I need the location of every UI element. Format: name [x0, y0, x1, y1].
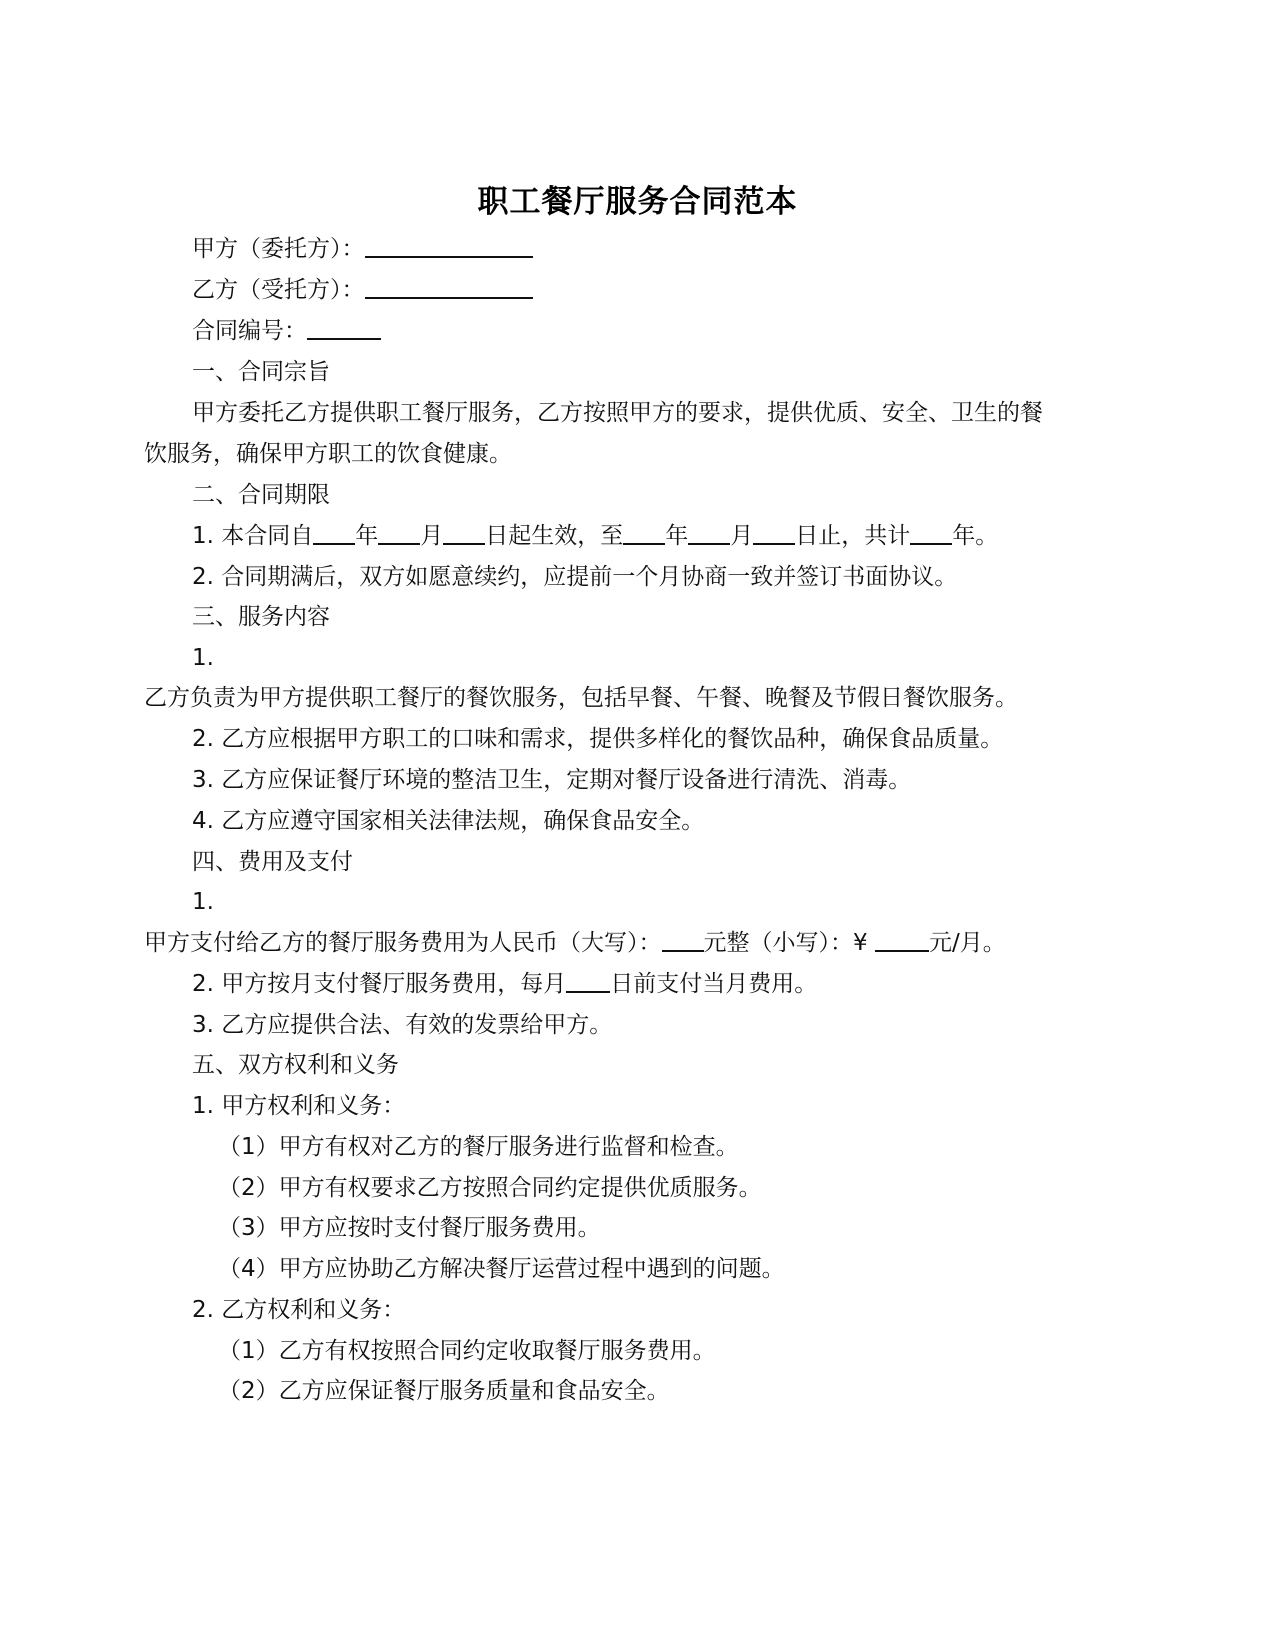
start-year-blank[interactable]	[313, 521, 355, 545]
contract-no-line: 合同编号：	[192, 316, 381, 346]
party-a-rights-heading: 1. 甲方权利和义务：	[192, 1091, 405, 1121]
section-1-heading: 一、合同宗旨	[192, 357, 330, 387]
end-day-blank[interactable]	[753, 521, 795, 545]
section-5-heading: 五、双方权利和义务	[192, 1050, 399, 1080]
start-month-blank[interactable]	[378, 521, 420, 545]
party-b-label: 乙方（受托方）：	[192, 277, 365, 303]
total-years-blank[interactable]	[910, 521, 952, 545]
term-start-text: 1. 本合同自	[192, 523, 313, 549]
party-a-rights-item: （2）甲方有权要求乙方按照合同约定提供优质服务。	[218, 1173, 762, 1203]
party-a-label: 甲方（委托方）：	[192, 236, 365, 262]
party-b-rights-item: （2）乙方应保证餐厅服务质量和食品安全。	[218, 1376, 670, 1406]
section-3-item-1-text: 乙方负责为甲方提供职工餐厅的餐饮服务，包括早餐、午餐、晚餐及节假日餐饮服务。	[144, 683, 1018, 713]
document-title: 职工餐厅服务合同范本	[0, 176, 1275, 221]
section-3-heading: 三、服务内容	[192, 602, 330, 632]
year-label: 年	[665, 523, 688, 549]
party-a-rights-item: （1）甲方有权对乙方的餐厅服务进行监督和检查。	[218, 1132, 739, 1162]
document-page: 职工餐厅服务合同范本 甲方（委托方）： 乙方（受托方）： 合同编号： 一、合同宗…	[0, 0, 1275, 1650]
section-2-heading: 二、合同期限	[192, 480, 330, 510]
month-label: 月	[730, 523, 753, 549]
payment-day-suffix: 日前支付当月费用。	[610, 971, 817, 997]
fee-lowercase-blank[interactable]	[875, 928, 929, 952]
section-3-item-3: 3. 乙方应保证餐厅环境的整洁卫生，定期对餐厅设备进行清洗、消毒。	[192, 765, 911, 795]
party-a-rights-item: （4）甲方应协助乙方解决餐厅运营过程中遇到的问题。	[218, 1254, 785, 1284]
section-3-item-1-number: 1.	[192, 643, 214, 673]
party-b-rights-heading: 2. 乙方权利和义务：	[192, 1295, 405, 1325]
term-total-text: 日止，共计	[795, 523, 910, 549]
section-4-heading: 四、费用及支付	[192, 847, 353, 877]
party-a-rights-item: （3）甲方应按时支付餐厅服务费用。	[218, 1213, 601, 1243]
payment-day-blank[interactable]	[566, 969, 610, 993]
section-3-item-4: 4. 乙方应遵守国家相关法律法规，确保食品安全。	[192, 806, 704, 836]
term-effective-text: 日起生效，至	[485, 523, 623, 549]
section-1-paragraph-line-1: 甲方委托乙方提供职工餐厅服务，乙方按照甲方的要求，提供优质、安全、卫生的餐	[192, 398, 1043, 428]
contract-no-blank[interactable]	[307, 316, 381, 340]
section-2-item-2: 2. 合同期满后，双方如愿意续约，应提前一个月协商一致并签订书面协议。	[192, 562, 957, 592]
section-3-item-2: 2. 乙方应根据甲方职工的口味和需求，提供多样化的餐饮品种，确保食品质量。	[192, 724, 1003, 754]
section-1-paragraph-line-2: 饮服务，确保甲方职工的饮食健康。	[144, 439, 512, 469]
section-2-item-1: 1. 本合同自年月日起生效，至年月日止，共计年。	[192, 521, 998, 551]
payment-day-text: 2. 甲方按月支付餐厅服务费用，每月	[192, 971, 566, 997]
party-b-blank[interactable]	[365, 275, 533, 299]
fee-unit-label: 元/月。	[929, 930, 1006, 956]
fee-uppercase-label: 甲方支付给乙方的餐厅服务费用为人民币（大写）：	[144, 930, 662, 956]
section-4-item-1-number: 1.	[192, 887, 214, 917]
end-month-blank[interactable]	[688, 521, 730, 545]
party-a-blank[interactable]	[365, 234, 533, 258]
year-label: 年	[355, 523, 378, 549]
year-end-label: 年。	[952, 523, 998, 549]
party-b-rights-item: （1）乙方有权按照合同约定收取餐厅服务费用。	[218, 1336, 716, 1366]
end-year-blank[interactable]	[623, 521, 665, 545]
section-4-item-1: 甲方支付给乙方的餐厅服务费用为人民币（大写）：元整（小写）：¥ 元/月。	[144, 928, 1006, 958]
contract-no-label: 合同编号：	[192, 318, 307, 344]
start-day-blank[interactable]	[443, 521, 485, 545]
section-4-item-3: 3. 乙方应提供合法、有效的发票给甲方。	[192, 1010, 612, 1040]
fee-uppercase-blank[interactable]	[662, 928, 704, 952]
party-a-line: 甲方（委托方）：	[192, 234, 533, 264]
month-label: 月	[420, 523, 443, 549]
section-4-item-2: 2. 甲方按月支付餐厅服务费用，每月日前支付当月费用。	[192, 969, 817, 999]
fee-lowercase-label: 元整（小写）：¥	[704, 930, 875, 956]
party-b-line: 乙方（受托方）：	[192, 275, 533, 305]
